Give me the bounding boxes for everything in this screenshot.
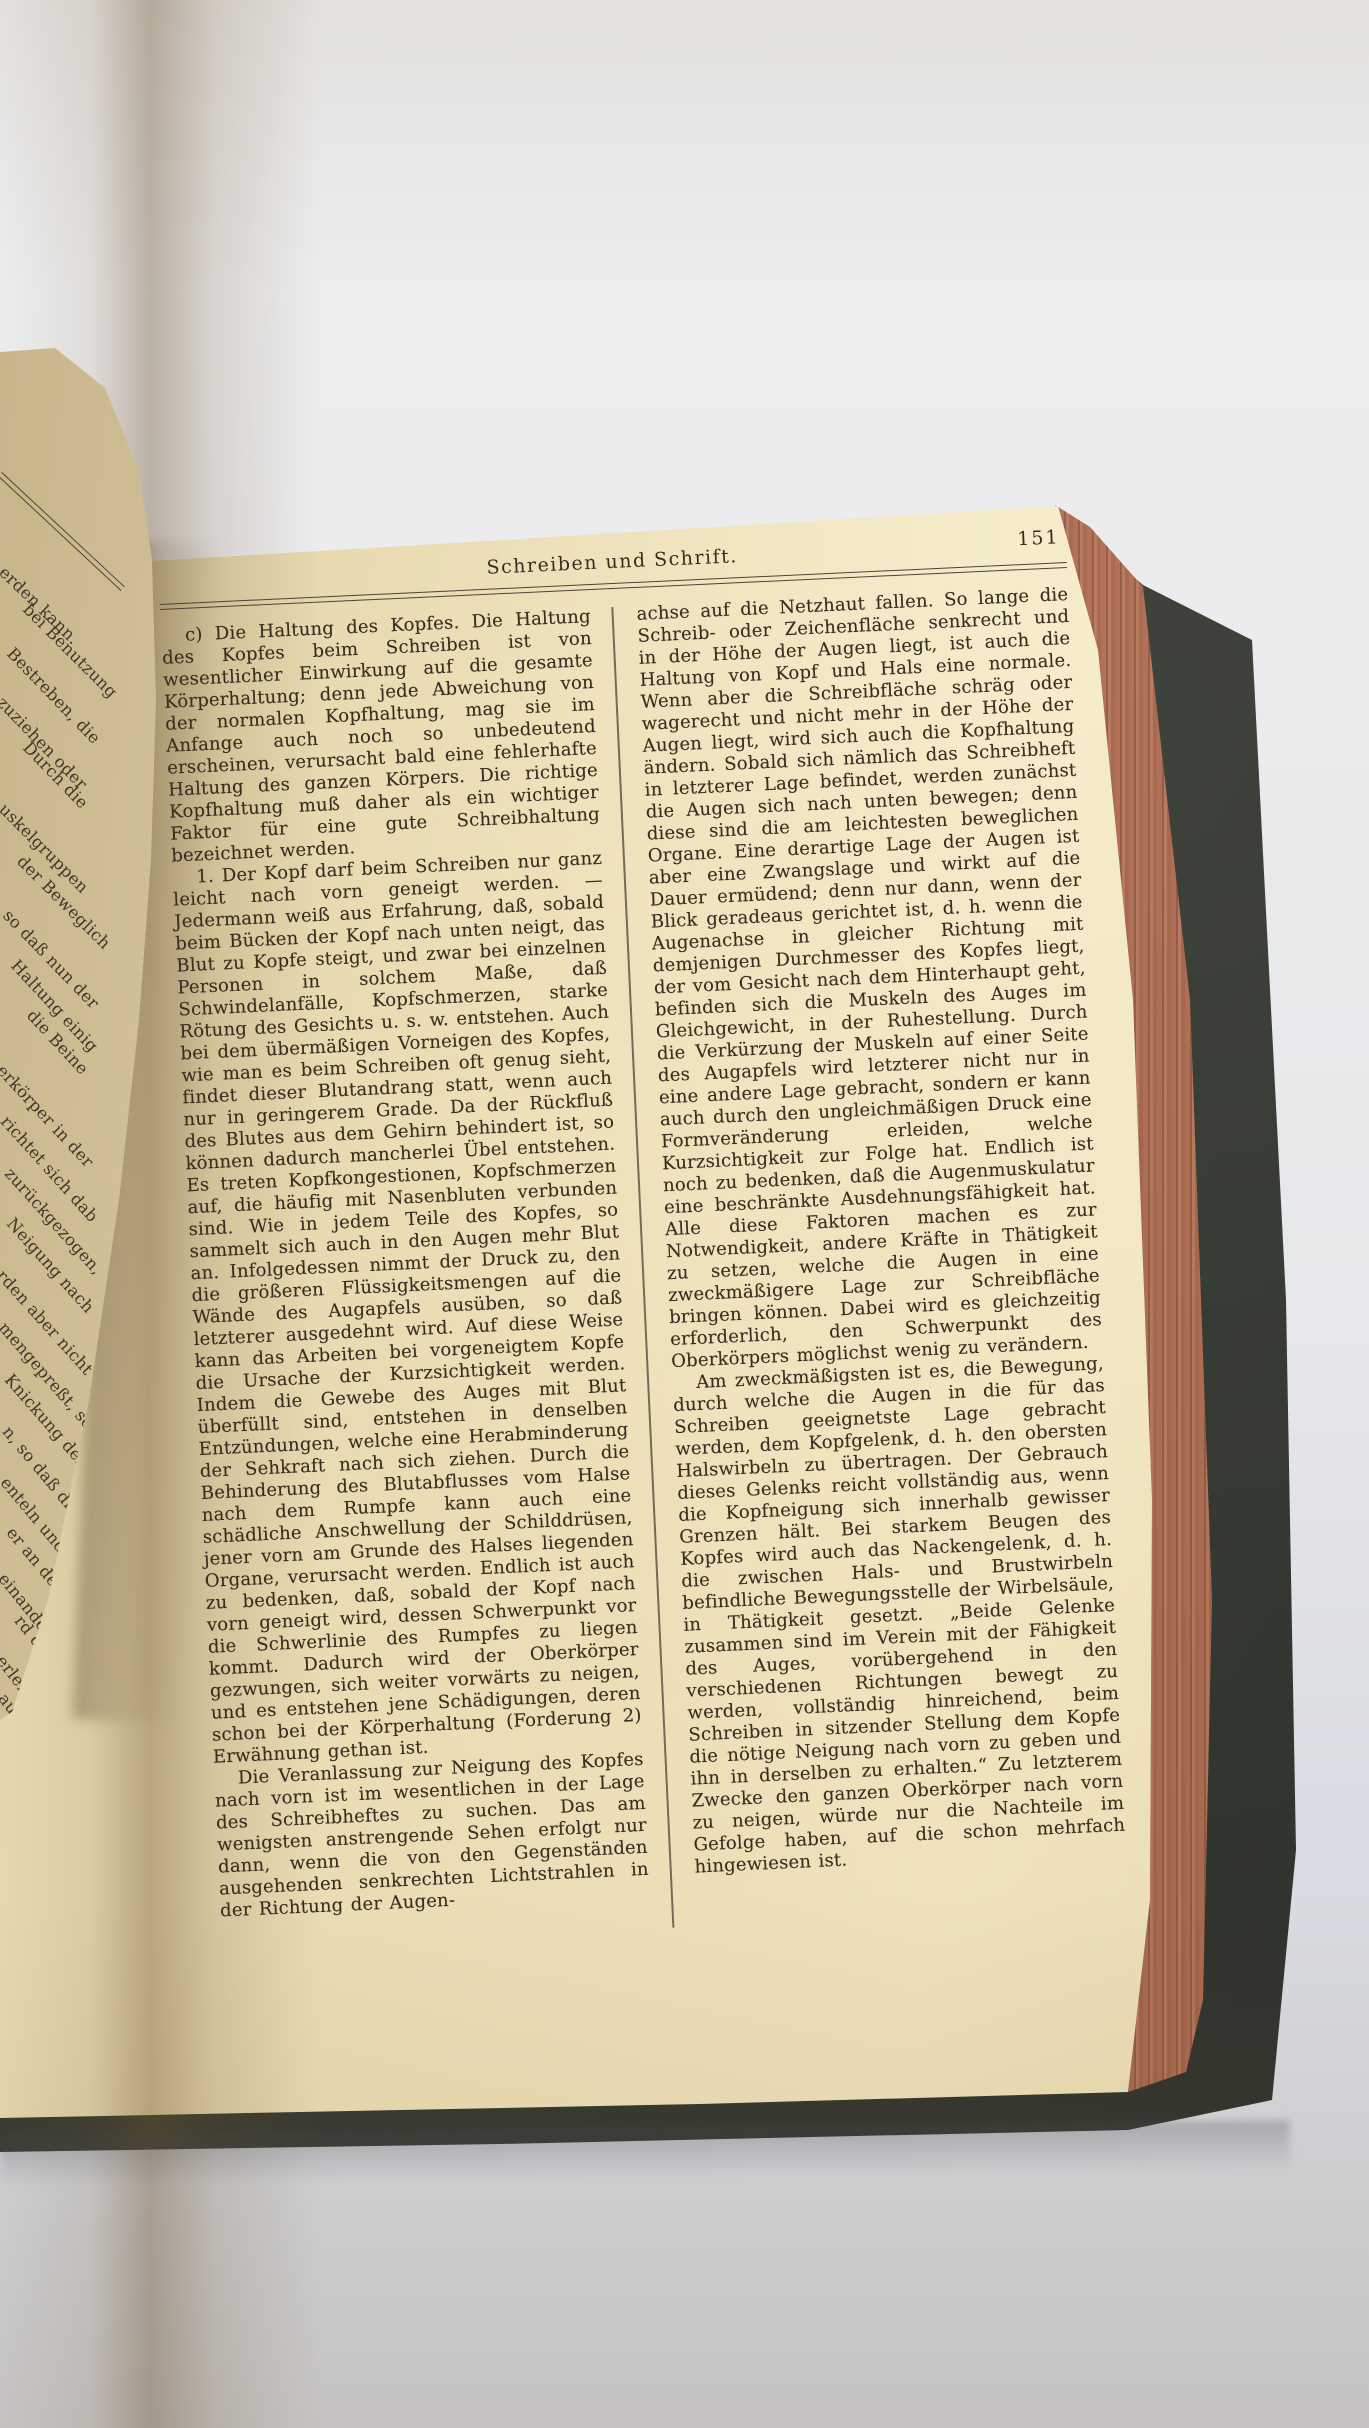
paragraph: Die Veranlassung zur Neigung des Kopfes …	[214, 1749, 651, 1923]
paragraph: 1. Der Kopf darf beim Schreiben nur ganz…	[172, 848, 643, 1769]
curl-text-fragment: rden aber nicht	[0, 1266, 97, 1379]
column-left: c) Die Haltung des Kopfes. Die Haltung d…	[161, 606, 651, 1922]
page-number: 151	[1017, 526, 1060, 550]
printed-page-content: Schreiben und Schrift. 151 c) Die Haltun…	[158, 526, 1133, 2046]
book-photograph: Schreiben und Schrift. 151 c) Die Haltun…	[0, 0, 1369, 2428]
paragraph: Am zweckmäßigsten ist es, die Bewegung, …	[672, 1353, 1127, 1878]
paragraph: achse auf die Netzhaut fallen. So lange …	[636, 584, 1103, 1373]
paragraph: c) Die Haltung des Kopfes. Die Haltung d…	[161, 606, 602, 868]
column-right: achse auf die Netzhaut fallen. So lange …	[636, 584, 1127, 1879]
